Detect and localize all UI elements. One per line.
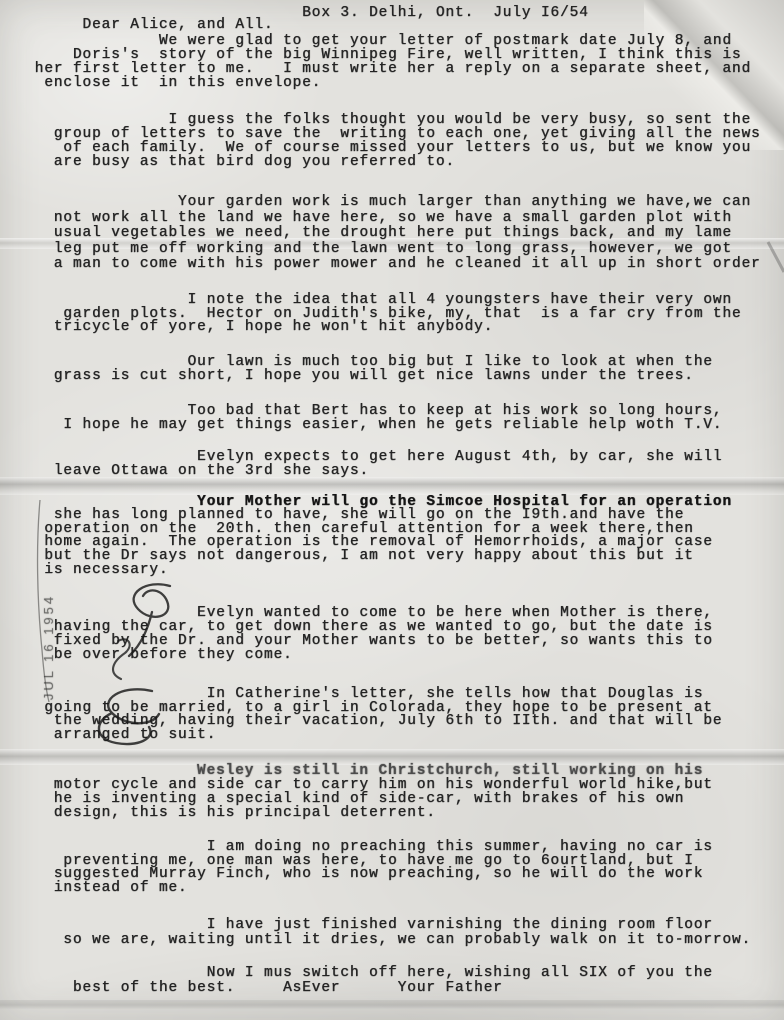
- closing-and-signature: Now I mus switch off here, wishing all S…: [6, 966, 713, 996]
- fold-crease-middle: [0, 477, 784, 495]
- paragraph-evelyn-visit: Evelyn wanted to come to be here when Mo…: [6, 606, 713, 662]
- paragraph-group-of-letters: I guess the folks thought you would be v…: [6, 113, 761, 169]
- paragraph-douglas-wedding: In Catherine's letter, she tells how tha…: [6, 688, 722, 743]
- right-edge-crease-mark: [768, 242, 784, 272]
- letter-salutation: Dear Alice, and All.: [6, 18, 273, 32]
- paragraph-lawn: Our lawn is much too big but I like to l…: [6, 355, 713, 383]
- paragraph-wesley-rest: motor cycle and side car to carry him on…: [6, 778, 713, 820]
- paragraph-varnishing-floor: I have just finished varnishing the dini…: [6, 918, 751, 948]
- paragraph-bert-work: Too bad that Bert has to keep at his wor…: [6, 404, 722, 432]
- paragraph-wesley-first-line: Wesley is still in Christchurch, still w…: [6, 764, 703, 778]
- paragraph-youngsters-gardens: I note the idea that all 4 youngsters ha…: [6, 294, 741, 335]
- paragraph-no-preaching: I am doing no preaching this summer, hav…: [6, 841, 713, 896]
- letter-page: JUL 16 1954 Box 3. Delhi, Ont. July I6/5…: [0, 0, 784, 1020]
- paragraph-winnipeg-fire: We were glad to get your letter of postm…: [6, 34, 751, 90]
- paragraph-mother-hospital-rest: she has long planned to have, she will g…: [6, 509, 713, 578]
- paragraph-evelyn-arrival: Evelyn expects to get here August 4th, b…: [6, 450, 722, 478]
- paragraph-garden-work: Your garden work is much larger than any…: [6, 195, 761, 273]
- fold-crease-bottom-edge: [0, 1000, 784, 1009]
